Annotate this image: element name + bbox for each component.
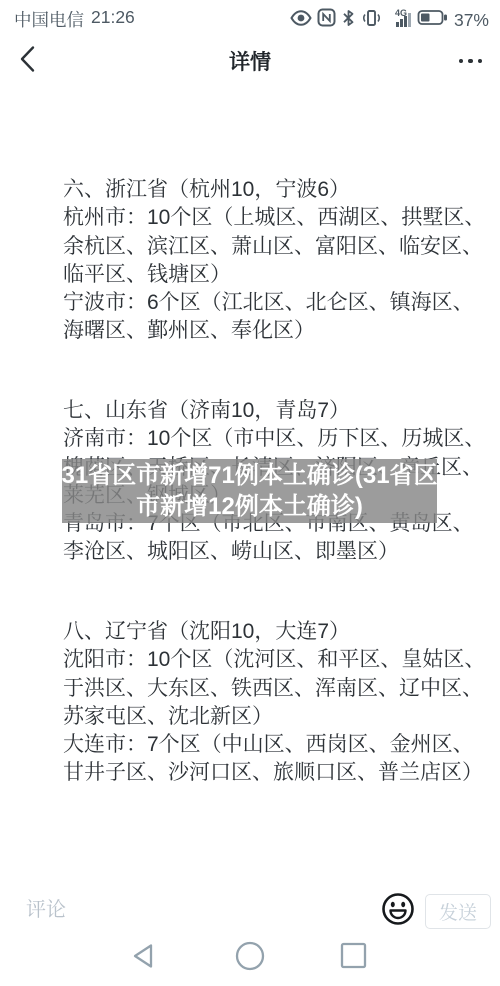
comment-input[interactable] [24, 892, 258, 928]
article-line: 沈阳市：10个区（沈河区、和平区、皇姑区、 [63, 646, 463, 674]
triangle-back-icon [131, 942, 157, 975]
send-button-label: 发送 [439, 898, 477, 925]
ellipsis-dot [468, 59, 473, 64]
page-title: 详情 [0, 36, 500, 86]
article-line: 李沧区、城阳区、崂山区、即墨区） [63, 538, 463, 566]
article-line: 济南市：10个区（市中区、历下区、历城区、 [63, 425, 463, 453]
article-line: 临平区、钱塘区） [63, 261, 463, 289]
battery-icon [417, 9, 448, 31]
send-button[interactable]: 发送 [425, 894, 491, 929]
square-recents-icon [340, 942, 367, 974]
signal-4g-icon: 4G [387, 8, 412, 32]
article-line: 余杭区、滨江区、萧山区、富阳区、临安区、 [63, 233, 463, 261]
article-line: 大连市：7个区（中山区、西岗区、金州区、 [63, 731, 463, 759]
nfc-icon [317, 8, 336, 32]
article-line: 七、山东省（济南10，青岛7） [63, 397, 463, 425]
nav-bar: 详情 [0, 36, 500, 86]
article-line: 苏家屯区、沈北新区） [63, 703, 463, 731]
emoji-button[interactable] [380, 891, 416, 927]
article-line: 六、浙江省（杭州10，宁波6） [63, 176, 463, 204]
vibrate-icon [361, 9, 382, 32]
android-home-button[interactable] [220, 930, 280, 986]
article-line: 八、辽宁省（沈阳10，大连7） [63, 618, 463, 646]
circle-home-icon [235, 941, 265, 976]
carrier-and-time: 中国电信21:26 [14, 7, 135, 32]
android-recents-button[interactable] [323, 930, 383, 986]
android-nav-bar [0, 930, 500, 986]
bluetooth-icon [341, 9, 356, 32]
android-back-button[interactable] [114, 930, 174, 986]
ellipsis-dot [478, 59, 483, 64]
eye-comfort-icon [290, 10, 312, 31]
phone-screen: 中国电信21:26 [0, 0, 500, 986]
smiley-face-icon [380, 914, 416, 931]
status-bar: 中国电信21:26 [0, 0, 500, 36]
section-zhejiang: 六、浙江省（杭州10，宁波6） 杭州市：10个区（上城区、西湖区、拱墅区、 余杭… [63, 176, 463, 346]
more-options-button[interactable] [455, 36, 487, 86]
article-line: 杭州市：10个区（上城区、西湖区、拱墅区、 [63, 204, 463, 232]
article-line: 甘井子区、沙河口区、旅顺口区、普兰店区） [63, 759, 463, 787]
ellipsis-dot [459, 59, 464, 64]
headline-line-2: 市新增12例本土确诊) [136, 491, 363, 522]
article-line: 海曙区、鄞州区、奉化区） [63, 317, 463, 345]
article-line: 宁波市：6个区（江北区、北仑区、镇海区、 [63, 289, 463, 317]
battery-percent-label: 37% [454, 10, 489, 31]
clock-label: 21:26 [91, 7, 135, 32]
section-liaoning: 八、辽宁省（沈阳10，大连7） 沈阳市：10个区（沈河区、和平区、皇姑区、 于洪… [63, 618, 463, 788]
headline-line-1: 31省区市新增71例本土确诊(31省区 [61, 460, 437, 491]
headline-overlay: 31省区市新增71例本土确诊(31省区 市新增12例本土确诊) [62, 459, 437, 523]
carrier-label: 中国电信 [14, 7, 84, 32]
article-line: 于洪区、大东区、铁西区、浑南区、辽中区、 [63, 675, 463, 703]
